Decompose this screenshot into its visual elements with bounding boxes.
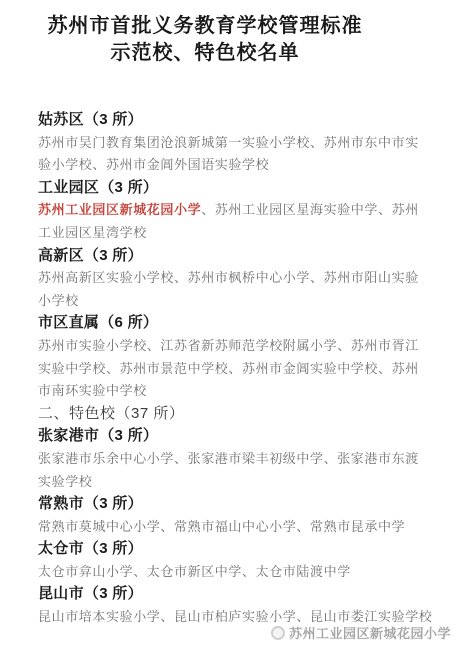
school-list: 姑苏区（3 所） 苏州市吴门教育集团沧浪新城第一实验小学校、苏州市东中市实 验小… <box>0 109 455 629</box>
section-heading-taicang: 太仓市（3 所） <box>38 538 435 561</box>
section-heading-changshu: 常熟市（3 所） <box>38 493 435 516</box>
title-line-2: 示范校、特色校名单 <box>0 40 410 67</box>
title-line-1: 苏州市首批义务教育学校管理标准 <box>0 13 410 40</box>
section-body-changshu: 常熟市莫城中心小学、常熟市福山中心小学、常熟市昆承中学 <box>38 516 435 539</box>
section-heading-gaoxin: 高新区（3 所） <box>38 245 435 268</box>
subheading-tesexiao: 二、特色校（37 所） <box>38 403 435 426</box>
section-body-gusu: 苏州市吴门教育集团沧浪新城第一实验小学校、苏州市东中市实 验小学校、苏州市金阊外… <box>38 132 435 177</box>
section-heading-gusu: 姑苏区（3 所） <box>38 109 435 132</box>
section-heading-kunshan: 昆山市（3 所） <box>38 583 435 606</box>
section-body-gaoxin: 苏州高新区实验小学校、苏州市枫桥中心小学、苏州市阳山实验 小学校 <box>38 267 435 312</box>
section-body-taicang: 太仓市弇山小学、太仓市新区中学、太仓市陆渡中学 <box>38 561 435 584</box>
section-body-shiqu: 苏州市实验小学校、江苏省新苏师范学校附属小学、苏州市胥江 实验中学校、苏州市景范… <box>38 335 435 403</box>
watermark-text: 苏州工业园区新城花园小学 <box>289 623 451 642</box>
section-heading-shiqu: 市区直属（6 所） <box>38 312 435 335</box>
section-body-zhangjiagang: 张家港市乐余中心小学、张家港市梁丰初级中学、张家港市东渡 实验学校 <box>38 448 435 493</box>
section-body-sip: 苏州工业园区新城花园小学、苏州工业园区星海实验中学、苏州 工业园区星湾学校 <box>38 199 435 244</box>
article-page: 苏州市首批义务教育学校管理标准示范校、特色校名单 姑苏区（3 所） 苏州市吴门教… <box>0 0 455 648</box>
watermark: 苏州工业园区新城花园小学 <box>271 623 451 642</box>
section-heading-zhangjiagang: 张家港市（3 所） <box>38 425 435 448</box>
highlight-school-name: 苏州工业园区新城花园小学 <box>38 202 201 217</box>
page-title: 苏州市首批义务教育学校管理标准示范校、特色校名单 <box>0 13 410 67</box>
section-heading-sip: 工业园区（3 所） <box>38 177 435 200</box>
watermark-logo-icon <box>271 626 285 640</box>
